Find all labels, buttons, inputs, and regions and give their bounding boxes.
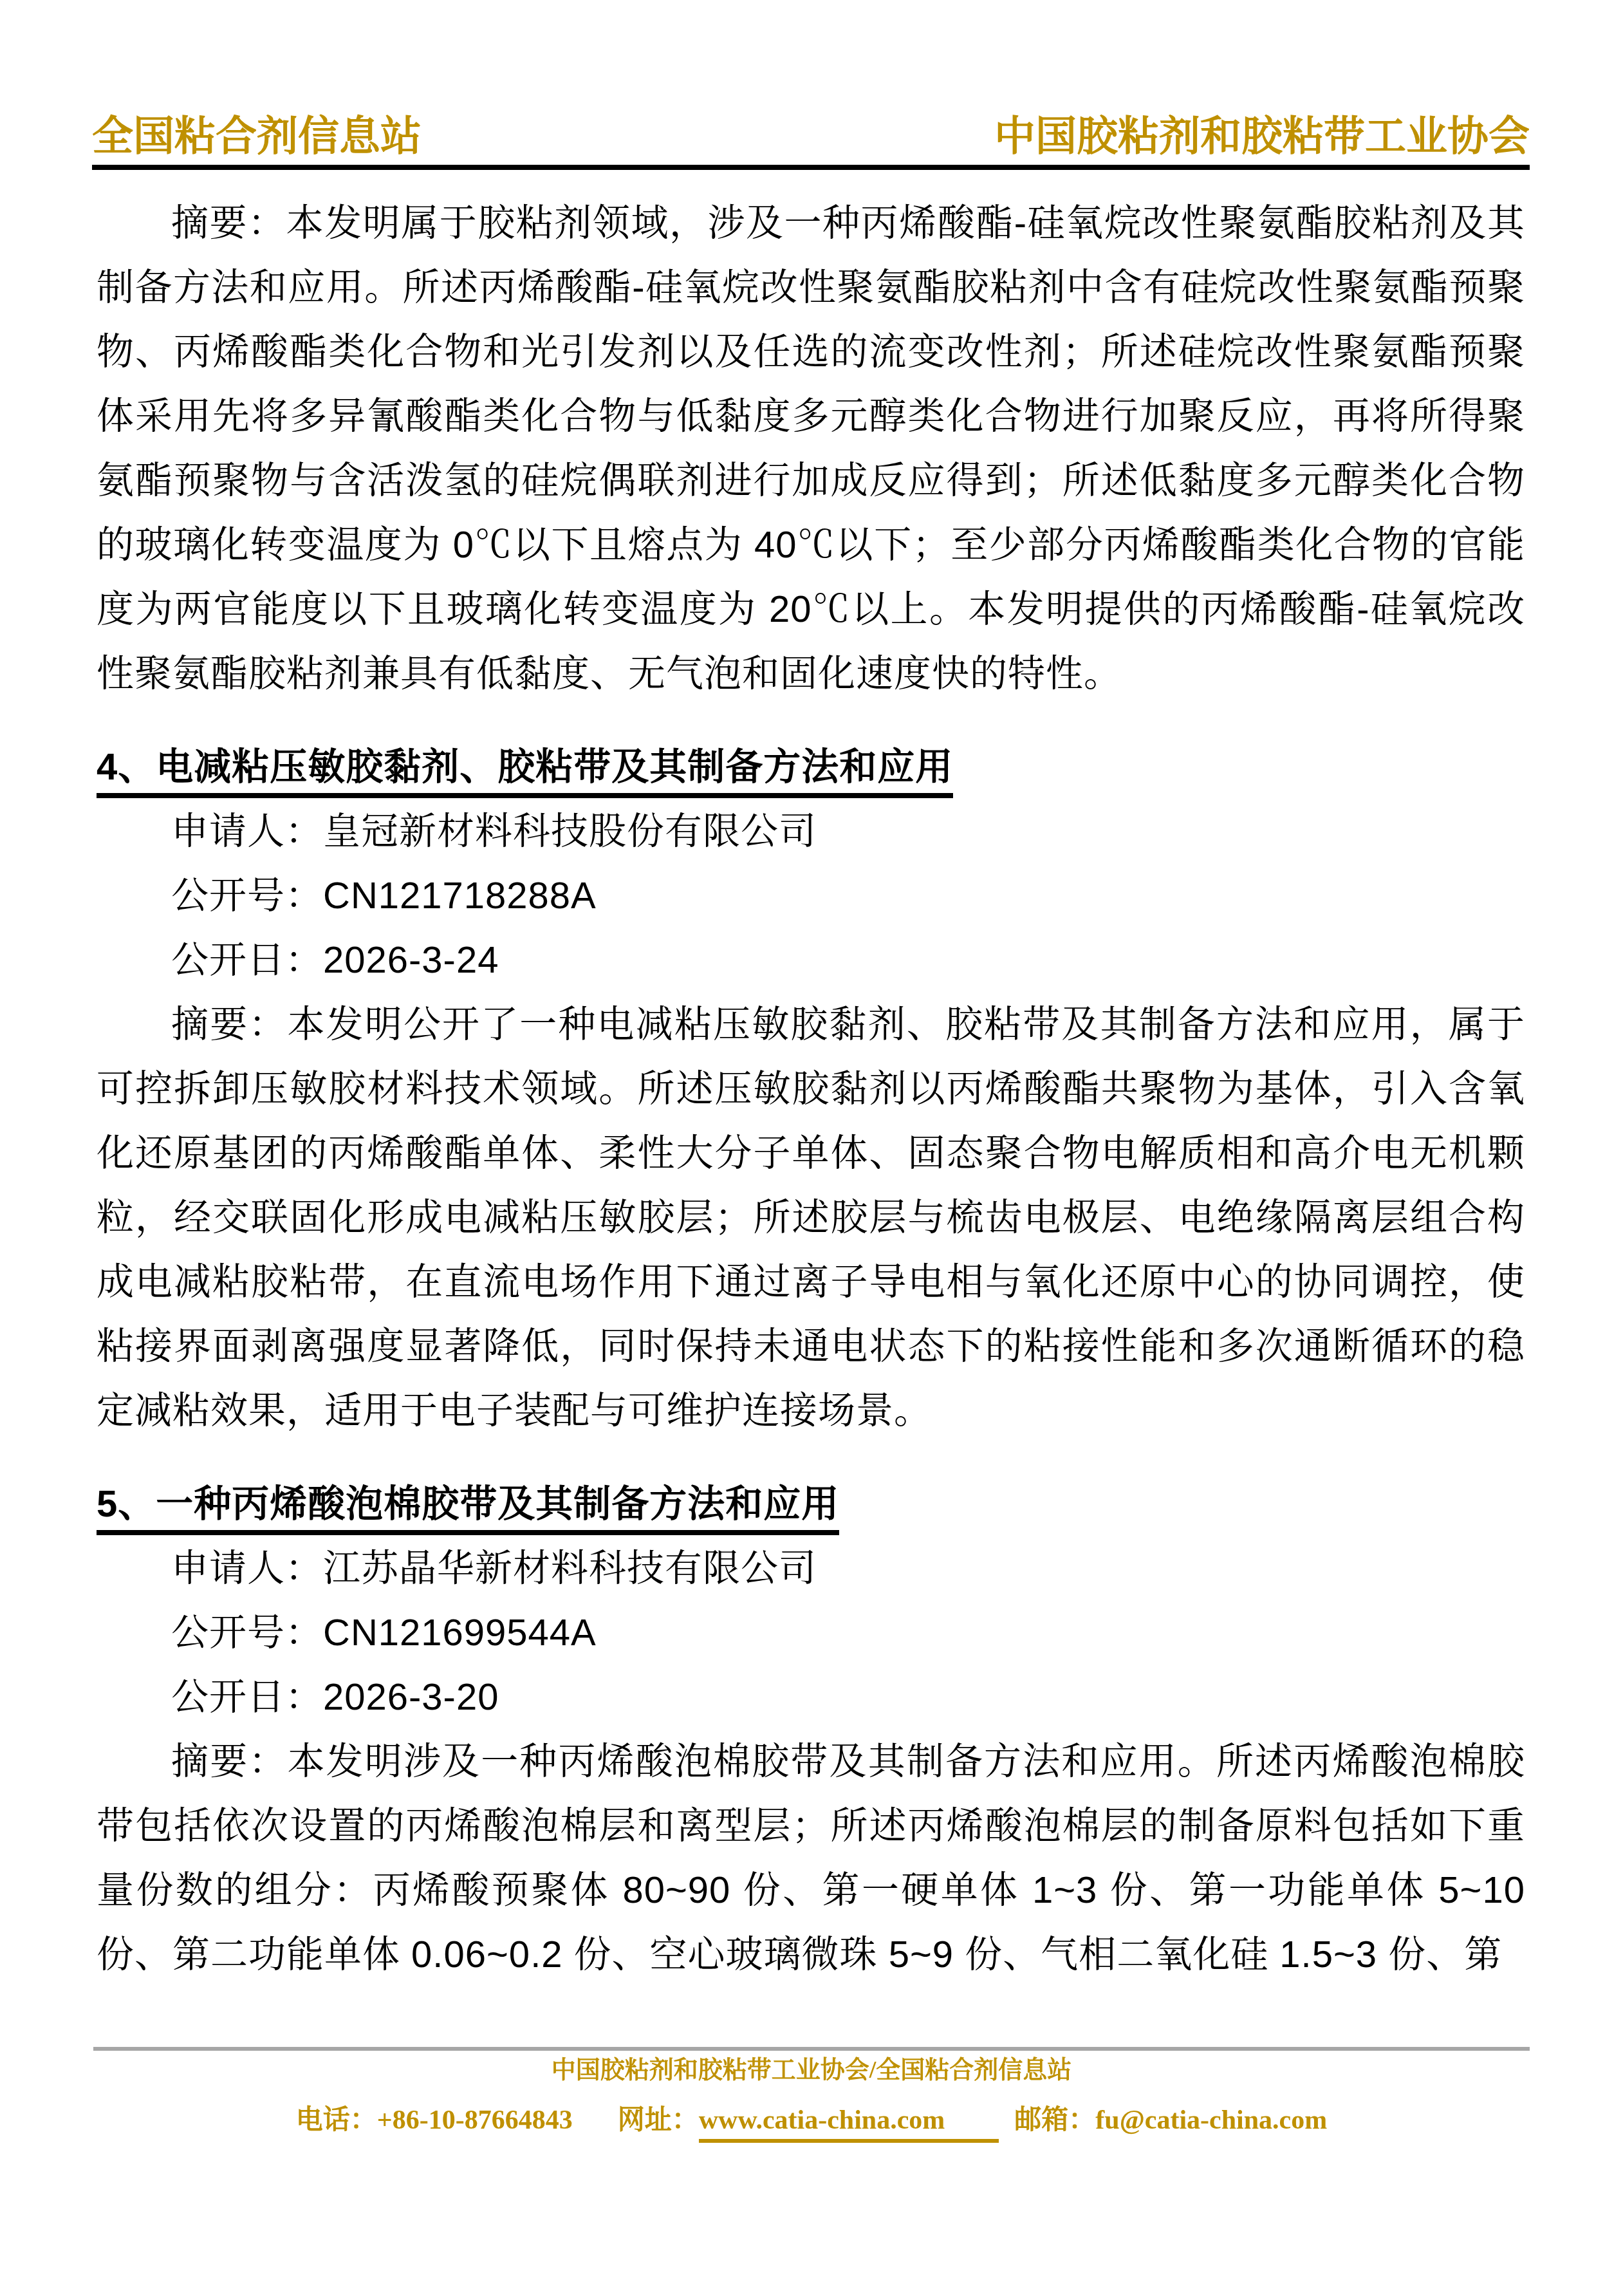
patent-entry-heading-5: 5、一种丙烯酸泡棉胶带及其制备方法和应用	[97, 1472, 1525, 1536]
footer-phone-text: 电话：+86-10-87664843	[296, 2105, 573, 2135]
applicant-line-4: 申请人：皇冠新材料科技股份有限公司	[97, 799, 1525, 864]
footer-email-text: 邮箱：fu@catia-china.com	[1014, 2105, 1327, 2135]
publication-number-line-5: 公开号：CN121699544A	[97, 1601, 1525, 1665]
patent-entry-heading-4: 4、电减粘压敏胶黏剂、胶粘带及其制备方法和应用	[97, 735, 1525, 799]
patent-abstract-5: 摘要：本发明涉及一种丙烯酸泡棉胶带及其制备方法和应用。所述丙烯酸泡棉胶带包括依次…	[97, 1730, 1525, 1987]
footer-divider	[93, 2047, 1530, 2051]
header-left-title: 全国粘合剂信息站	[92, 111, 422, 162]
footer-organization-line: 中国胶粘剂和胶粘带工业协会/全国粘合剂信息站	[0, 2055, 1623, 2086]
footer-website-link[interactable]: www.catia-china.com	[699, 2105, 999, 2143]
patent-abstract-4: 摘要：本发明公开了一种电减粘压敏胶黏剂、胶粘带及其制备方法和应用，属于可控拆卸压…	[97, 993, 1525, 1443]
footer-web-label: 网址：	[618, 2105, 699, 2135]
intro-abstract-paragraph: 摘要：本发明属于胶粘剂领域，涉及一种丙烯酸酯-硅氧烷改性聚氨酯胶粘剂及其制备方法…	[97, 191, 1525, 706]
page-header: 全国粘合剂信息站 中国胶粘剂和胶粘带工业协会	[92, 111, 1530, 162]
patent-entry-heading-5-text: 5、一种丙烯酸泡棉胶带及其制备方法和应用	[97, 1483, 839, 1535]
footer-contact-line: 电话：+86-10-87664843网址：www.catia-china.com…	[0, 2102, 1623, 2138]
header-right-title: 中国胶粘剂和胶粘带工业协会	[994, 111, 1530, 162]
publication-date-line-4: 公开日：2026-3-24	[97, 928, 1525, 993]
patent-entry-heading-4-text: 4、电减粘压敏胶黏剂、胶粘带及其制备方法和应用	[97, 746, 953, 798]
publication-date-line-5: 公开日：2026-3-20	[97, 1665, 1525, 1730]
applicant-line-5: 申请人：江苏晶华新材料科技有限公司	[97, 1536, 1525, 1601]
publication-number-line-4: 公开号：CN121718288A	[97, 864, 1525, 928]
document-body: 摘要：本发明属于胶粘剂领域，涉及一种丙烯酸酯-硅氧烷改性聚氨酯胶粘剂及其制备方法…	[97, 191, 1525, 1987]
header-divider	[92, 165, 1530, 170]
